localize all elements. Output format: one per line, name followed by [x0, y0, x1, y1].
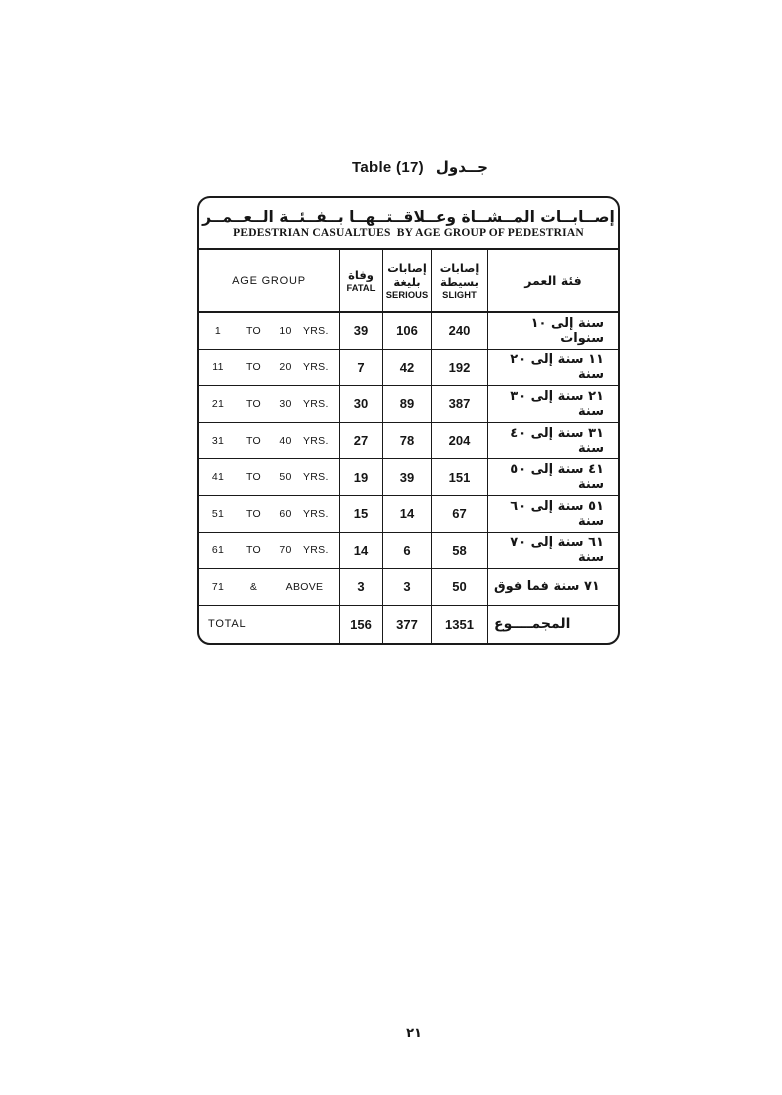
fatal-value: 15: [340, 496, 383, 532]
age-group-cell: 51TO60YRS.: [199, 496, 340, 532]
column-header-fatal: وفاة FATAL: [340, 250, 383, 311]
serious-value: 14: [383, 496, 432, 532]
age-group-arabic-cell: ١١ سنة إلى ٢٠ سنة: [488, 350, 618, 386]
age-group-arabic-cell: ٣١ سنة إلى ٤٠ سنة: [488, 423, 618, 459]
serious-value: 89: [383, 386, 432, 422]
total-serious-value: 377: [383, 606, 432, 643]
table-row: 61TO70YRS. 14 6 58 ٦١ سنة إلى ٧٠ سنة: [199, 533, 618, 570]
table-title-english: PEDESTRIAN CASUALTUES BY AGE GROUP OF PE…: [233, 227, 584, 240]
table-row: 11TO20YRS. 7 42 192 ١١ سنة إلى ٢٠ سنة: [199, 350, 618, 387]
table-row: 31TO40YRS. 27 78 204 ٣١ سنة إلى ٤٠ سنة: [199, 423, 618, 460]
column-header-serious: إصابات بليغة SERIOUS: [383, 250, 432, 311]
column-header-age-group: AGE GROUP: [199, 250, 340, 311]
serious-value: 78: [383, 423, 432, 459]
total-label: TOTAL: [199, 606, 340, 643]
fatal-value: 27: [340, 423, 383, 459]
total-fatal-value: 156: [340, 606, 383, 643]
slight-value: 50: [432, 569, 488, 605]
table-title-arabic: إصــابــات المــشــاة وعــلاقــتــهــا ب…: [202, 208, 615, 226]
age-group-cell: 21TO30YRS.: [199, 386, 340, 422]
age-group-cell: 41TO50YRS.: [199, 459, 340, 495]
slight-value: 151: [432, 459, 488, 495]
column-header-row: AGE GROUP وفاة FATAL إصابات بليغة SERIOU…: [199, 250, 618, 313]
age-group-arabic-cell: سنة إلى ١٠ سنوات: [488, 313, 618, 349]
serious-value: 3: [383, 569, 432, 605]
serious-value: 39: [383, 459, 432, 495]
total-row: TOTAL 156 377 1351 المجمــــوع: [199, 606, 618, 643]
table-row: 21TO30YRS. 30 89 387 ٢١ سنة إلى ٣٠ سنة: [199, 386, 618, 423]
table-header: إصــابــات المــشــاة وعــلاقــتــهــا ب…: [199, 198, 618, 250]
serious-value: 42: [383, 350, 432, 386]
casualty-table: إصــابــات المــشــاة وعــلاقــتــهــا ب…: [197, 196, 620, 645]
fatal-value: 3: [340, 569, 383, 605]
slight-value: 67: [432, 496, 488, 532]
slight-value: 387: [432, 386, 488, 422]
age-group-arabic-cell: ٢١ سنة إلى ٣٠ سنة: [488, 386, 618, 422]
document-title: Table (17) جــدول: [352, 158, 488, 176]
column-header-age-group-arabic: فئة العمر: [488, 250, 618, 311]
table-row: 51TO60YRS. 15 14 67 ٥١ سنة إلى ٦٠ سنة: [199, 496, 618, 533]
age-group-cell: 11TO20YRS.: [199, 350, 340, 386]
age-group-cell: 1TO10YRS.: [199, 313, 340, 349]
age-group-arabic-cell: ٥١ سنة إلى ٦٠ سنة: [488, 496, 618, 532]
table-row: 71&ABOVE 3 3 50 ٧١ سنة فما فوق: [199, 569, 618, 606]
fatal-value: 7: [340, 350, 383, 386]
age-group-arabic-cell: ٦١ سنة إلى ٧٠ سنة: [488, 533, 618, 569]
page-number: ٢١: [406, 1026, 422, 1041]
age-group-arabic-cell: ٤١ سنة إلى ٥٠ سنة: [488, 459, 618, 495]
document-title-arabic: جــدول: [436, 158, 488, 176]
age-group-arabic-cell: ٧١ سنة فما فوق: [488, 569, 618, 605]
serious-value: 106: [383, 313, 432, 349]
serious-value: 6: [383, 533, 432, 569]
document-title-latin: Table (17): [352, 159, 424, 176]
slight-value: 240: [432, 313, 488, 349]
age-group-cell: 31TO40YRS.: [199, 423, 340, 459]
age-group-cell: 61TO70YRS.: [199, 533, 340, 569]
column-header-slight: إصابات بسيطة SLIGHT: [432, 250, 488, 311]
fatal-value: 19: [340, 459, 383, 495]
slight-value: 192: [432, 350, 488, 386]
fatal-value: 30: [340, 386, 383, 422]
total-slight-value: 1351: [432, 606, 488, 643]
fatal-value: 39: [340, 313, 383, 349]
total-arabic-label: المجمــــوع: [488, 606, 618, 643]
table-row: 1TO10YRS. 39 106 240 سنة إلى ١٠ سنوات: [199, 313, 618, 350]
slight-value: 204: [432, 423, 488, 459]
fatal-value: 14: [340, 533, 383, 569]
slight-value: 58: [432, 533, 488, 569]
age-group-cell: 71&ABOVE: [199, 569, 340, 605]
table-row: 41TO50YRS. 19 39 151 ٤١ سنة إلى ٥٠ سنة: [199, 459, 618, 496]
